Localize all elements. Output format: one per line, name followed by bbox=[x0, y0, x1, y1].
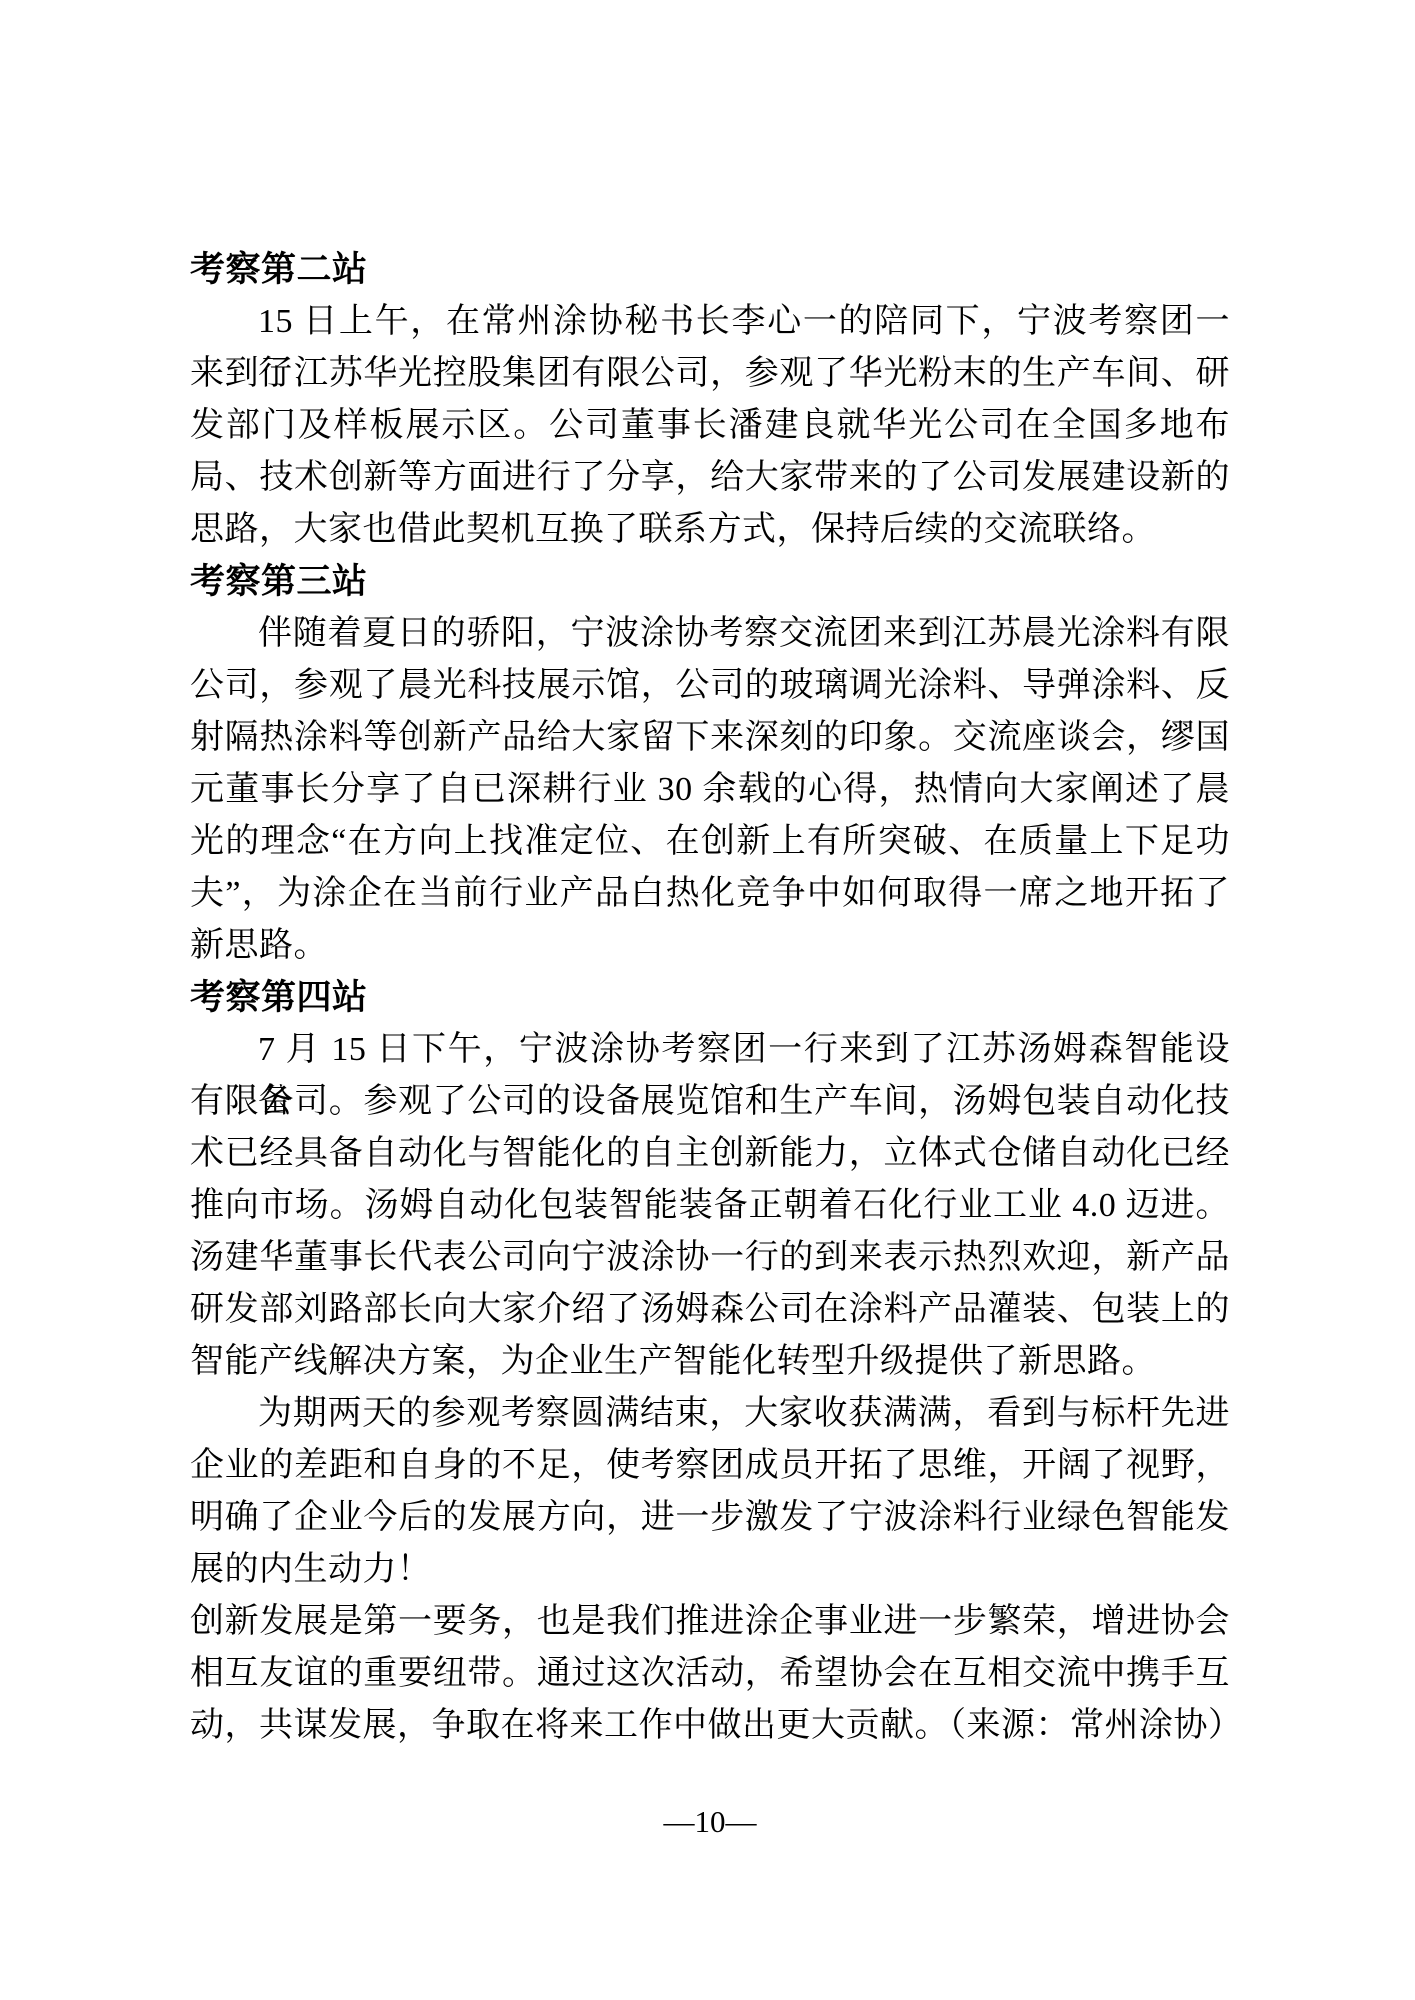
text-line: 汤建华董事长代表公司向宁波涂协一行的到来表示热烈欢迎，新产品 bbox=[190, 1232, 1230, 1284]
text-line: 企业的差距和自身的不足，使考察团成员开拓了思维，开阔了视野， bbox=[190, 1440, 1230, 1492]
text-line: 15 日上午，在常州涂协秘书长李心一的陪同下，宁波考察团一行 bbox=[190, 296, 1230, 348]
text-line: 创新发展是第一要务，也是我们推进涂企事业进一步繁荣，增进协会 bbox=[190, 1596, 1230, 1648]
text-line: 智能产线解决方案，为企业生产智能化转型升级提供了新思路。 bbox=[190, 1336, 1230, 1388]
text-line: 来到了江苏华光控股集团有限公司，参观了华光粉末的生产车间、研 bbox=[190, 348, 1230, 400]
document-content: 考察第二站15 日上午，在常州涂协秘书长李心一的陪同下，宁波考察团一行来到了江苏… bbox=[190, 244, 1230, 1752]
text-line: 术已经具备自动化与智能化的自主创新能力，立体式仓储自动化已经 bbox=[190, 1128, 1230, 1180]
page-number: —10— bbox=[190, 1800, 1230, 1844]
text-line: 光的理念“在方向上找准定位、在创新上有所突破、在质量上下足功 bbox=[190, 816, 1230, 868]
text-line: 夫”，为涂企在当前行业产品白热化竞争中如何取得一席之地开拓了 bbox=[190, 868, 1230, 920]
section-heading: 考察第四站 bbox=[190, 972, 1230, 1024]
section-heading: 考察第二站 bbox=[190, 244, 1230, 296]
text-line: 公司，参观了晨光科技展示馆，公司的玻璃调光涂料、导弹涂料、反 bbox=[190, 660, 1230, 712]
text-line: 局、技术创新等方面进行了分享，给大家带来的了公司发展建设新的 bbox=[190, 452, 1230, 504]
document-page: 考察第二站15 日上午，在常州涂协秘书长李心一的陪同下，宁波考察团一行来到了江苏… bbox=[0, 0, 1415, 2000]
text-line: 明确了企业今后的发展方向，进一步激发了宁波涂料行业绿色智能发 bbox=[190, 1492, 1230, 1544]
text-line: 推向市场。汤姆自动化包装智能装备正朝着石化行业工业 4.0 迈进。 bbox=[190, 1180, 1230, 1232]
text-line: 新思路。 bbox=[190, 920, 1230, 972]
text-line: 动，共谋发展，争取在将来工作中做出更大贡献。（来源：常州涂协） bbox=[190, 1700, 1230, 1752]
text-line: 有限公司。参观了公司的设备展览馆和生产车间，汤姆包装自动化技 bbox=[190, 1076, 1230, 1128]
text-line: 发部门及样板展示区。公司董事长潘建良就华光公司在全国多地布 bbox=[190, 400, 1230, 452]
text-line: 相互友谊的重要纽带。通过这次活动，希望协会在互相交流中携手互 bbox=[190, 1648, 1230, 1700]
text-line: 伴随着夏日的骄阳，宁波涂协考察交流团来到江苏晨光涂料有限 bbox=[190, 608, 1230, 660]
text-line: 元董事长分享了自已深耕行业 30 余载的心得，热情向大家阐述了晨 bbox=[190, 764, 1230, 816]
text-line: 为期两天的参观考察圆满结束，大家收获满满，看到与标杆先进 bbox=[190, 1388, 1230, 1440]
text-line: 思路，大家也借此契机互换了联系方式，保持后续的交流联络。 bbox=[190, 504, 1230, 556]
text-line: 射隔热涂料等创新产品给大家留下来深刻的印象。交流座谈会，缪国 bbox=[190, 712, 1230, 764]
text-line: 7 月 15 日下午，宁波涂协考察团一行来到了江苏汤姆森智能设备 bbox=[190, 1024, 1230, 1076]
section-heading: 考察第三站 bbox=[190, 556, 1230, 608]
text-line: 研发部刘路部长向大家介绍了汤姆森公司在涂料产品灌装、包装上的 bbox=[190, 1284, 1230, 1336]
text-line: 展的内生动力！ bbox=[190, 1544, 1230, 1596]
